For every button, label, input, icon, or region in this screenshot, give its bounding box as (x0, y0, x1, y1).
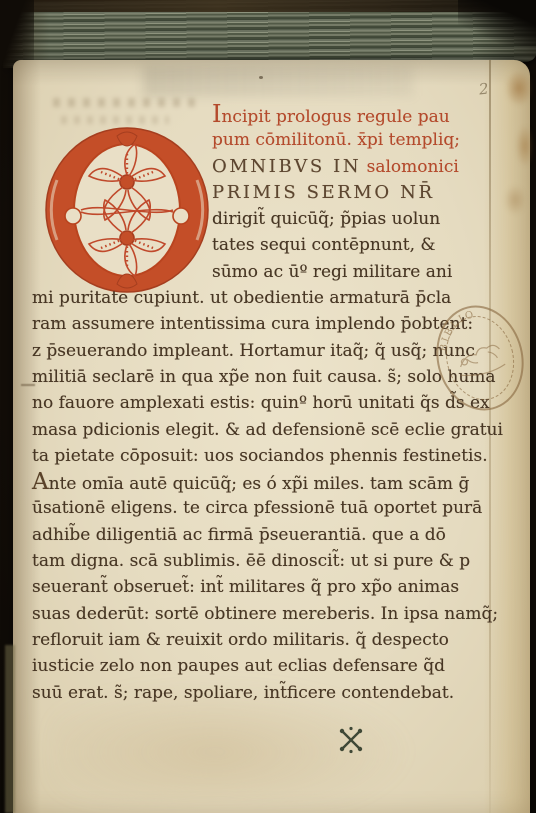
text-line: mi puritate cupiunt. ut obedientie armat… (32, 285, 494, 311)
folio-number: 2 (478, 80, 489, 99)
text-line: sūmo ac ūº regi militare ani (32, 259, 494, 285)
text-line: tates sequi contēpnunt, & (32, 232, 494, 258)
text-line: Incipit prologus regule pau (32, 101, 494, 127)
manuscript-page: 2 (13, 60, 530, 813)
text-line: pum cōmilitonū. x̄pi templiq; (32, 127, 494, 153)
text-line: militiā seclarē in qua xp̃e non fuit cau… (32, 364, 494, 390)
svg-text:BIBLIO: BIBLIO (431, 309, 483, 355)
parchment-stain (143, 66, 413, 96)
text-line: ūsationē eligens. te circa pfessionē tuā… (32, 495, 494, 521)
text-line: OMNIBVS IN salomonici (32, 154, 494, 180)
text-segment: pum cōmilitonū. x̄pi templiq; (212, 130, 460, 150)
text-block: Incipit prologus regule paupum cōmiliton… (32, 101, 494, 706)
text-segment: sūmo ac ūº regi militare ani (212, 262, 452, 282)
text-segment: refloruit iam & reuixit ordo militaris. … (32, 630, 449, 650)
text-line: adhib̃e diligentiā ac firmā p̄seuerantiā… (32, 522, 494, 548)
text-segment: masa pdicionis elegit. & ad defensionē s… (32, 420, 503, 440)
text-line: Ante omīa autē quicūq̃; es ó xp̃i miles.… (32, 469, 494, 495)
text-segment: PRIMIS SERMO NR̄ (212, 182, 435, 203)
text-line: PRIMIS SERMO NR̄ (32, 180, 494, 206)
text-segment: ūsationē eligens. te circa pfessionē tuā… (32, 498, 482, 518)
text-line: masa pdicionis elegit. & ad defensionē s… (32, 417, 494, 443)
text-segment: militiā seclarē in qua xp̃e non fuit cau… (32, 367, 496, 387)
quire-mark-icon (337, 726, 365, 754)
text-segment: tam digna. scā sublimis. ēē dinoscit̃: u… (32, 551, 470, 571)
text-line: suas dederūt: sortē obtinere mereberis. … (32, 601, 494, 627)
text-segment: iusticie zelo non paupes aut eclias defe… (32, 656, 445, 676)
text-segment: suas dederūt: sortē obtinere mereberis. … (32, 604, 498, 624)
text-segment: dirigit̃ quicūq̃; p̃pias uolun (212, 209, 440, 229)
text-segment: ta pietate cōposuit: uos sociandos phenn… (32, 446, 488, 466)
text-line: iusticie zelo non paupes aut eclias defe… (32, 653, 494, 679)
stamp-text: BIBLIO (431, 309, 483, 355)
text-segment: nte omīa autē quicūq̃; es ó xp̃i miles. … (49, 474, 470, 494)
text-segment: ram assumere intentissima cura implendo … (32, 314, 473, 334)
text-line: ta pietate cōposuit: uos sociandos phenn… (32, 443, 494, 469)
text-segment: tates sequi contēpnunt, & (212, 235, 436, 255)
text-segment: mi puritate cupiunt. ut obedientie armat… (32, 288, 451, 308)
ink-speck (259, 76, 263, 79)
background-corner-shadow (458, 0, 536, 46)
text-line: dirigit̃ quicūq̃; p̃pias uolun (32, 206, 494, 232)
text-line: refloruit iam & reuixit ordo militaris. … (32, 627, 494, 653)
binding-edge (5, 645, 15, 813)
text-segment: ncipit prologus regule pau (221, 107, 449, 127)
text-segment: adhib̃e diligentiā ac firmā p̄seuerantiā… (32, 525, 446, 545)
book-board-edge (10, 0, 530, 12)
text-line: seuerant̃ obseruet̃: int̃ militares q̃ p… (32, 574, 494, 600)
text-segment: salomonici (361, 157, 459, 177)
text-line: no fauore amplexati estis: quinº horū un… (32, 390, 494, 416)
text-segment: seuerant̃ obseruet̃: int̃ militares q̃ p… (32, 577, 459, 597)
text-segment: z p̄seuerando impleant. Hortamur itaq̃; … (32, 341, 475, 361)
text-line: tam digna. scā sublimis. ēē dinoscit̃: u… (32, 548, 494, 574)
text-line: suū erat. s̃; rape, spoliare, int̃ficere… (32, 680, 494, 706)
text-segment: OMNIBVS IN (212, 156, 361, 177)
text-line: z p̄seuerando impleant. Hortamur itaq̃; … (32, 338, 494, 364)
text-segment: A (32, 469, 49, 495)
text-segment: suū erat. s̃; rape, spoliare, int̃ficere… (32, 683, 454, 703)
text-segment: no fauore amplexati estis: quinº horū un… (32, 393, 490, 413)
